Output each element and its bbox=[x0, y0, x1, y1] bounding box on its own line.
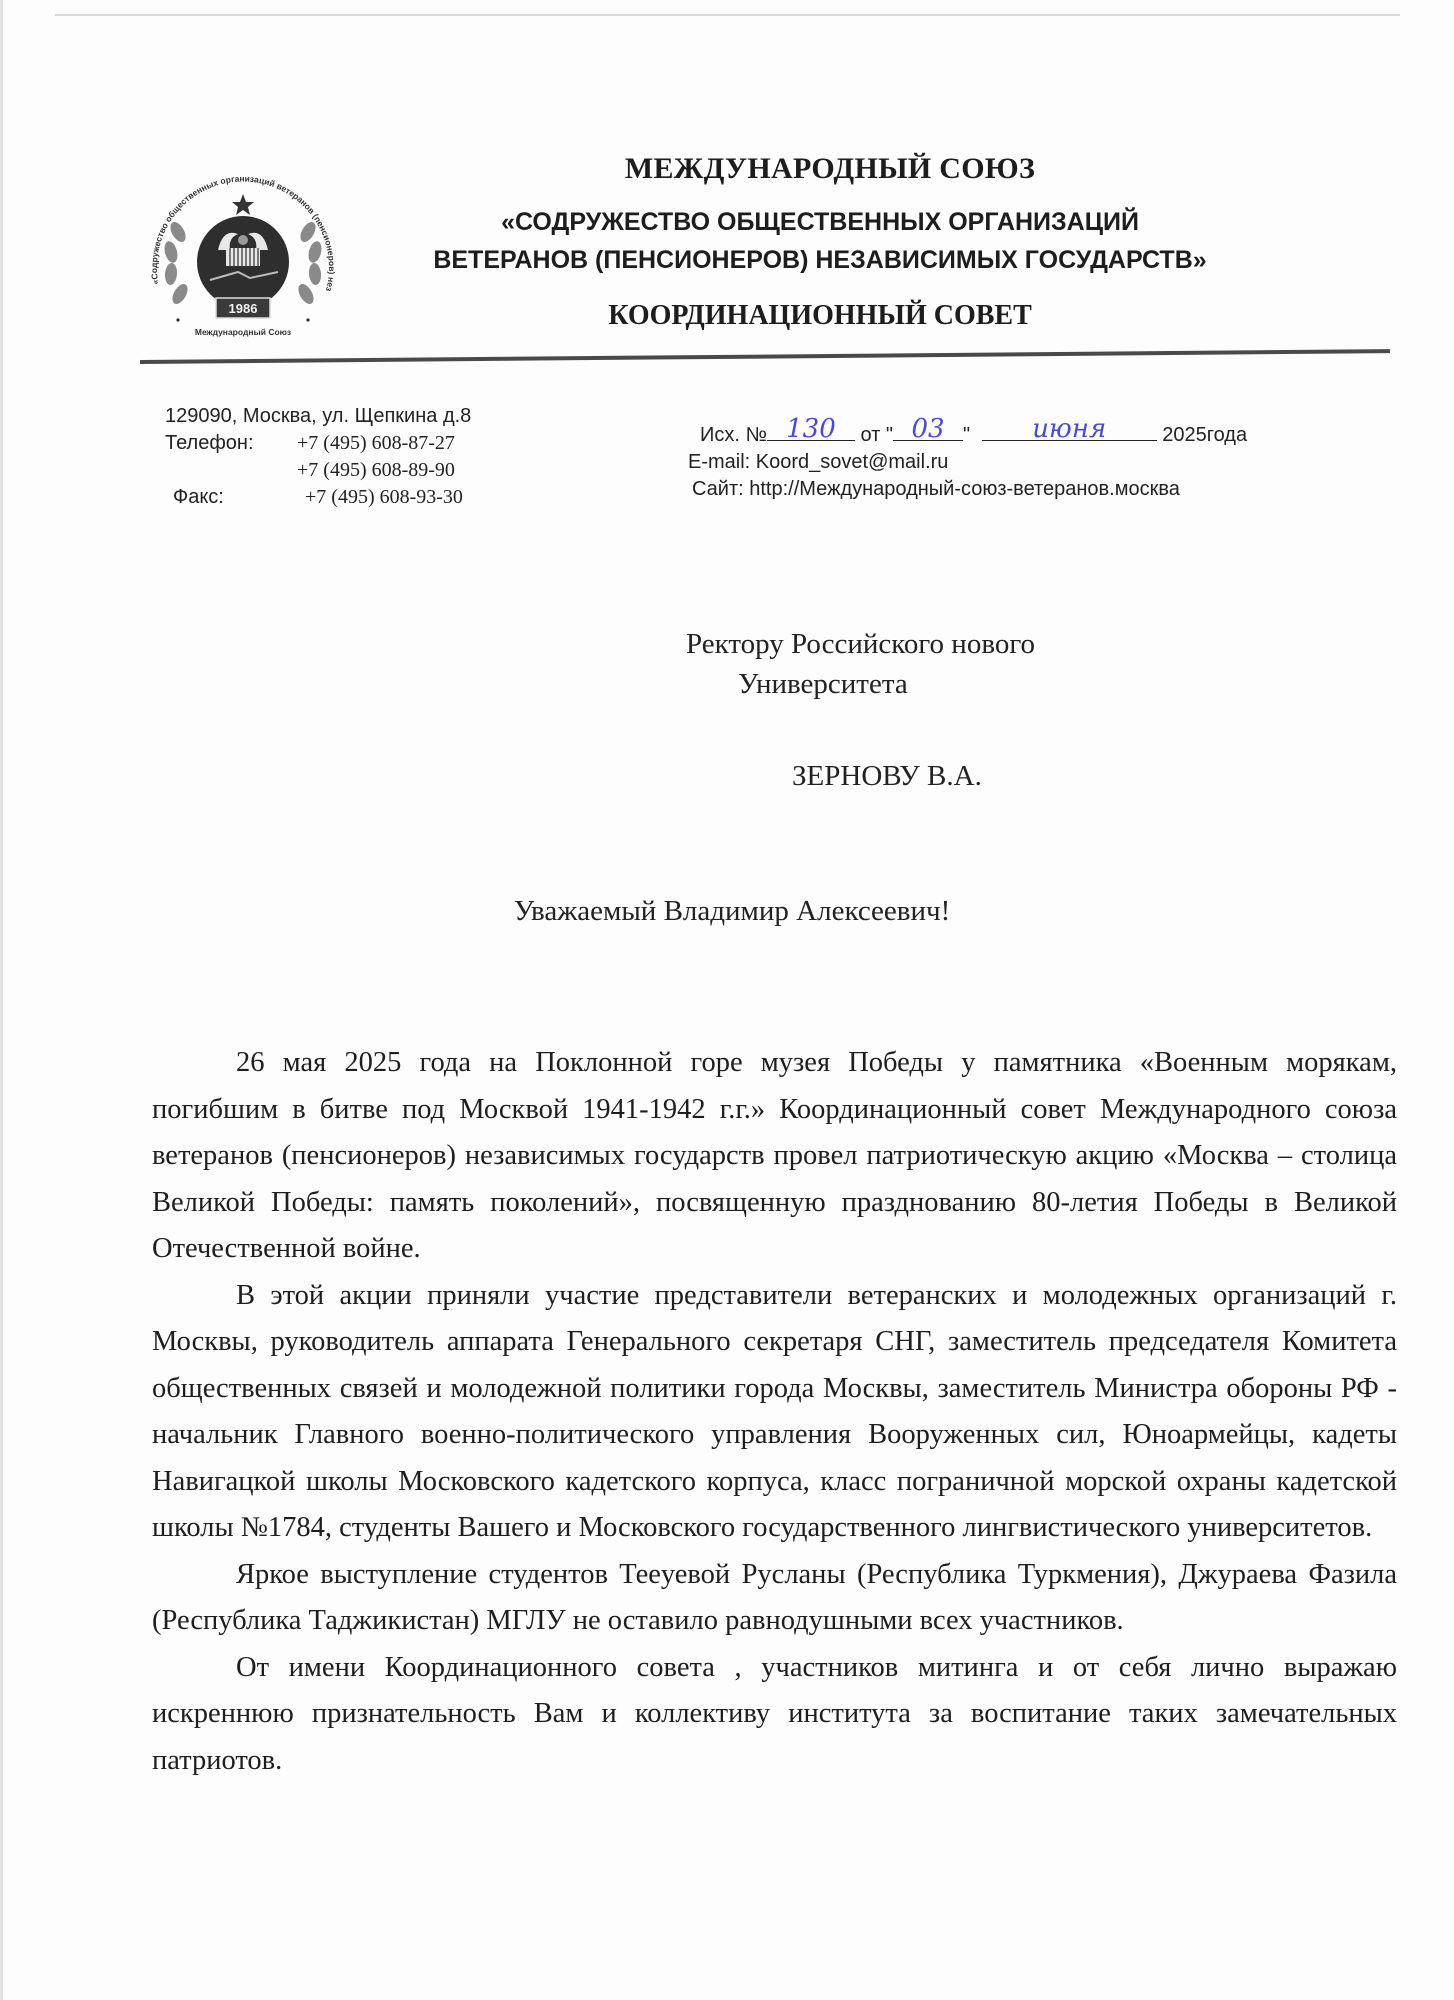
site-link[interactable]: http://Международный-союз-ветеранов.моск… bbox=[749, 478, 1180, 500]
svg-text:Международный Союз: Международный Союз bbox=[195, 327, 291, 337]
fax-row: Факс:+7 (495) 608-93-30 bbox=[165, 484, 471, 511]
council-title: КООРДИНАЦИОННЫЙ СОВЕТ bbox=[420, 300, 1220, 332]
greeting: Уважаемый Владимир Алексеевич! bbox=[0, 895, 1454, 928]
year-suffix: года bbox=[1207, 424, 1247, 446]
contacts-left: 129090, Москва, ул. Щепкина д.8 Телефон:… bbox=[165, 403, 471, 511]
phone-label: Телефон: bbox=[165, 430, 297, 457]
addressee-line1: Ректору Российского нового bbox=[686, 624, 1035, 664]
addressee-name: ЗЕРНОВУ В.А. bbox=[686, 756, 1035, 796]
phone-1: +7 (495) 608-87-27 bbox=[297, 432, 455, 454]
addressee-line2: Университета bbox=[686, 664, 1035, 704]
paragraph: В этой акции приняли участие представите… bbox=[152, 1273, 1397, 1552]
org-subtitle-line1: «СОДРУЖЕСТВО ОБЩЕСТВЕННЫХ ОРГАНИЗАЦИЙ bbox=[420, 208, 1220, 237]
paragraph: От имени Координационного совета , участ… bbox=[152, 1645, 1397, 1785]
ref-number: 130 bbox=[767, 416, 855, 442]
addressee-block: Ректору Российского нового Университета … bbox=[686, 624, 1035, 796]
year: 2025 bbox=[1162, 424, 1207, 446]
org-title: МЕЖДУНАРОДНЫЙ СОЮЗ bbox=[380, 152, 1280, 186]
phone-row-2: +7 (495) 608-89-90 bbox=[165, 457, 471, 484]
org-subtitle-line2: ВЕТЕРАНОВ (ПЕНСИОНЕРОВ) НЕЗАВИСИМЫХ ГОСУ… bbox=[380, 246, 1260, 275]
site-row: Сайт: http://Международный-союз-ветерано… bbox=[688, 476, 1247, 503]
site-label: Сайт: bbox=[692, 478, 744, 500]
email-row: E-mail: Koord_sovet@mail.ru bbox=[688, 449, 1247, 476]
paragraph: Яркое выступление студентов Теeуевой Рус… bbox=[152, 1552, 1397, 1645]
letterhead-divider bbox=[140, 349, 1390, 364]
letter-body: 26 мая 2025 года на Поклонной горе музея… bbox=[152, 1040, 1397, 1784]
scan-edge bbox=[55, 14, 1400, 16]
emblem-icon: «Содружество общественных организаций ве… bbox=[138, 162, 348, 342]
month: июня bbox=[982, 416, 1157, 442]
paragraph: 26 мая 2025 года на Поклонной горе музея… bbox=[152, 1040, 1397, 1273]
phone-2: +7 (495) 608-89-90 bbox=[297, 459, 455, 481]
ref-number-field: 130 bbox=[767, 420, 855, 441]
scan-edge-left bbox=[0, 0, 3, 2000]
svg-text:1986: 1986 bbox=[229, 301, 258, 316]
email-label: E-mail: bbox=[688, 451, 750, 473]
reference-line: Исх. №130 от "03" июня 2025года bbox=[688, 420, 1247, 449]
fax-label: Факс: bbox=[173, 484, 305, 511]
day: 03 bbox=[893, 416, 963, 442]
fax: +7 (495) 608-93-30 bbox=[305, 486, 463, 508]
ref-label: Исх. № bbox=[700, 424, 767, 446]
phone-row-1: Телефон:+7 (495) 608-87-27 bbox=[165, 430, 471, 457]
month-field: июня bbox=[982, 420, 1157, 441]
from-label: от " bbox=[861, 424, 894, 446]
day-field: 03 bbox=[893, 420, 963, 441]
quote-close: " bbox=[963, 424, 970, 446]
email-link[interactable]: Koord_sovet@mail.ru bbox=[756, 451, 949, 473]
contacts-right: Исх. №130 от "03" июня 2025года E-mail: … bbox=[688, 420, 1247, 503]
address: 129090, Москва, ул. Щепкина д.8 bbox=[165, 403, 471, 430]
